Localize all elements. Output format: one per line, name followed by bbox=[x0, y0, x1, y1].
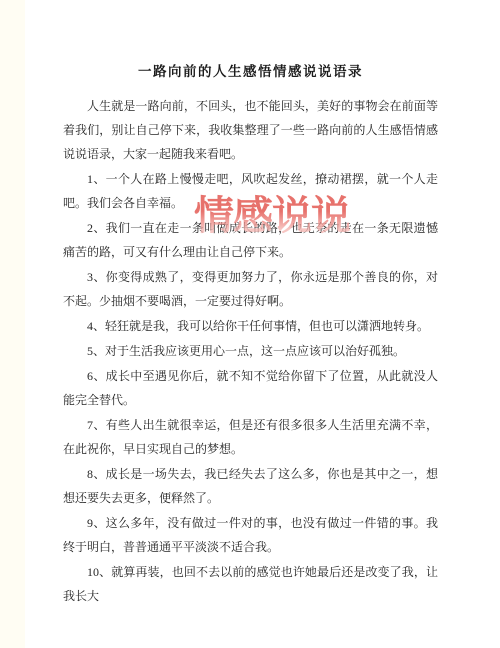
quote-paragraph-2: 2、我们一直在走一条叫做成长的路，也无奈的走在一条无限遗憾痛苦的路，可又有什么理… bbox=[63, 216, 438, 264]
page-title: 一路向前的人生感悟情感说说语录 bbox=[63, 62, 438, 82]
quote-paragraph-7: 7、有些人出生就很幸运，但是还有很多很多人生活里充满不幸，在此祝你，早日实现自己… bbox=[63, 413, 438, 461]
page-left-edge bbox=[0, 0, 25, 648]
quote-paragraph-6: 6、成长中至遇见你后，就不知不觉给你留下了位置，从此就没人能完全替代。 bbox=[63, 364, 438, 412]
quote-paragraph-1: 1、一个人在路上慢慢走吧，风吹起发丝，撩动裙摆，就一个人走吧。我们会各自幸福。 bbox=[63, 167, 438, 215]
quote-paragraph-10: 10、就算再装，也回不去以前的感觉也许她最后还是改变了我，让我长大 bbox=[63, 560, 438, 608]
quote-paragraph-4: 4、轻狂就是我，我可以给你干任何事情，但也可以潇洒地转身。 bbox=[63, 314, 438, 338]
quote-paragraph-8: 8、成长是一场失去，我已经失去了这么多，你也是其中之一，想想还要失去更多，便释然… bbox=[63, 462, 438, 510]
quote-paragraph-3: 3、你变得成熟了，变得更加努力了，你永远是那个善良的你，对不起。少抽烟不要喝酒，… bbox=[63, 265, 438, 313]
intro-paragraph: 人生就是一路向前，不回头，也不能回头，美好的事物会在前面等着我们，别让自己停下来… bbox=[63, 94, 438, 166]
quote-paragraph-5: 5、对于生活我应该更用心一点，这一点应该可以治好孤独。 bbox=[63, 339, 438, 363]
quote-paragraph-9: 9、这么多年，没有做过一件对的事，也没有做过一件错的事。我终于明白，普普通通平平… bbox=[63, 511, 438, 559]
document-page: 一路向前的人生感悟情感说说语录 人生就是一路向前，不回头，也不能回头，美好的事物… bbox=[0, 0, 500, 648]
article: 一路向前的人生感悟情感说说语录 人生就是一路向前，不回头，也不能回头，美好的事物… bbox=[63, 62, 438, 609]
